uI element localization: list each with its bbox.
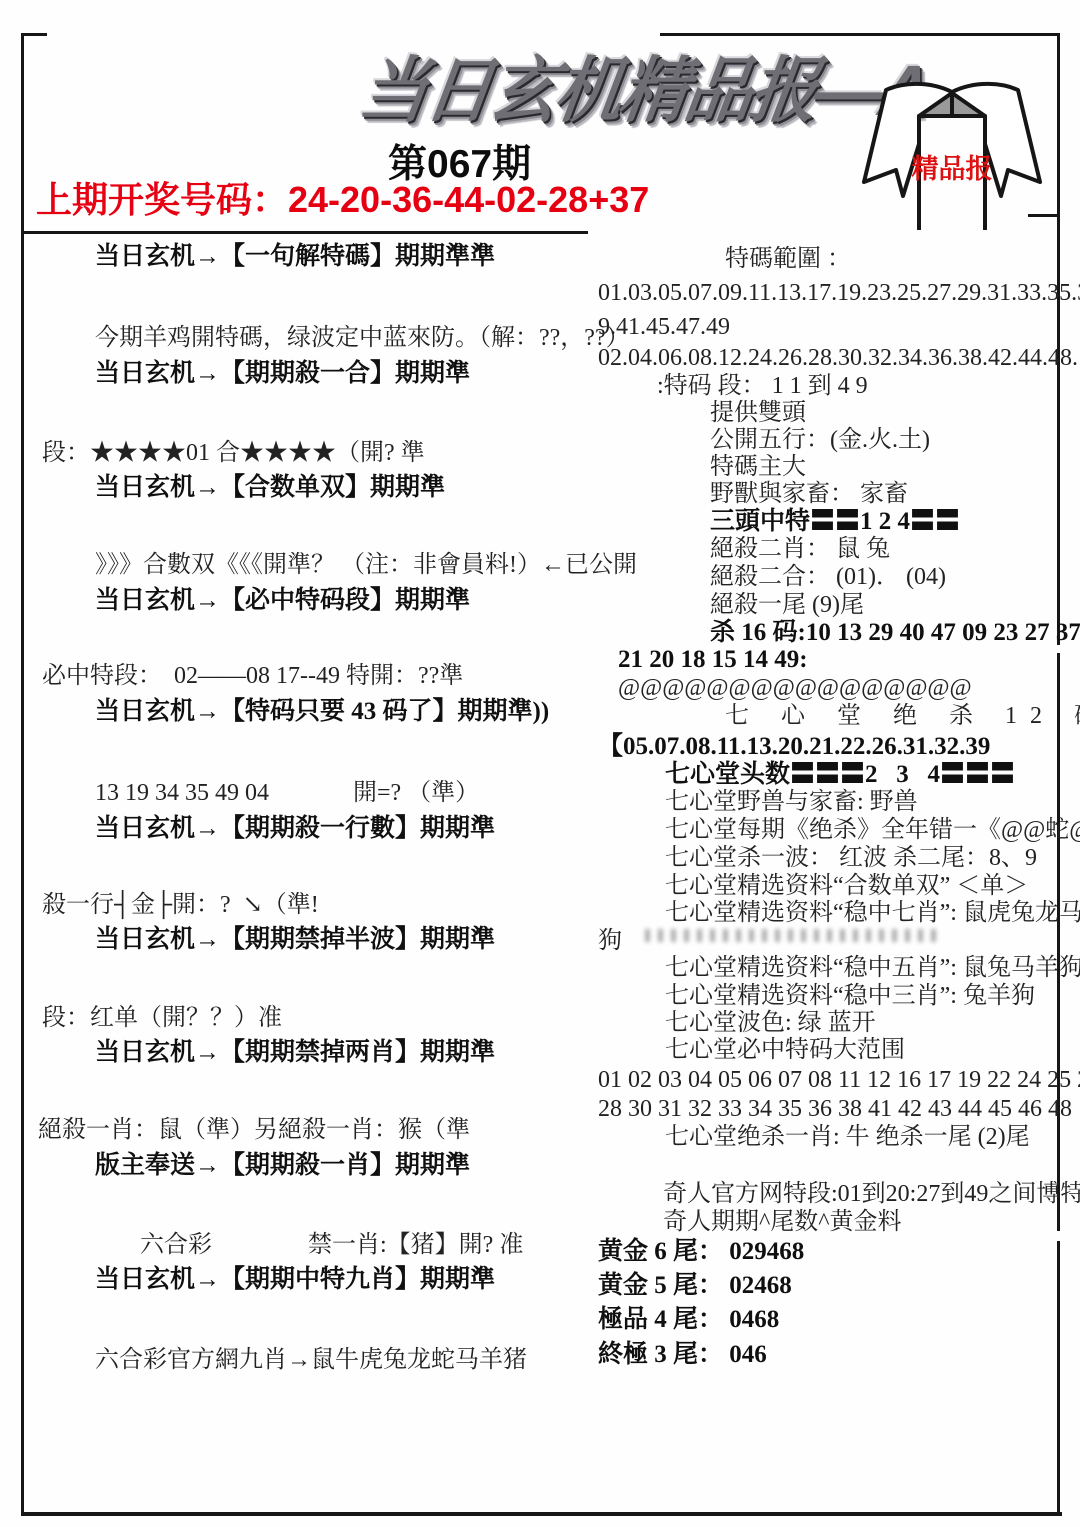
right-col-line: 絕殺二肖： 鼠 兔 (710, 536, 890, 562)
left-col-line: 段：红单（開？？）准 (42, 1005, 282, 1031)
badge-label: 精品报 (912, 153, 993, 184)
right-col-line: 七心堂必中特码大范围 (665, 1037, 905, 1063)
right-col-line: 七心堂精选资料“稳中七肖”: 鼠虎兔龙马羊 (665, 900, 1080, 926)
left-col-line: 当日玄机→【期期禁掉两肖】期期準 (95, 1039, 495, 1067)
smudged-redacted-text (645, 929, 937, 942)
header-separator (21, 231, 588, 234)
left-col-line: 13 19 34 35 49 04 開=? （準） (95, 780, 479, 806)
right-col-line: :特码 段： 1 1 到 4 9 (657, 373, 868, 399)
left-col-line: 必中特段： 02——08 17--49 特開：??準 (42, 663, 463, 689)
border-right-segment-1 (1057, 33, 1060, 645)
page-title: 当日玄机精品报—A (354, 34, 934, 136)
right-col-line: 01 02 03 04 05 06 07 08 11 12 16 17 19 2… (598, 1067, 1080, 1093)
last-draw-numbers: 上期开奖号码：24-20-36-44-02-28+37 (36, 172, 649, 223)
left-col-line: 当日玄机→【合数单双】期期準 (95, 474, 445, 502)
left-col-line: 当日玄机→【特码只要 43 码了】期期準)) (95, 698, 549, 726)
right-col-line: 三頭中特〓〓1 2 4〓〓 (710, 508, 960, 536)
left-col-line: 版主奉送→【期期殺一肖】期期準 (95, 1152, 470, 1180)
right-col-line: 21 20 18 15 14 49: (618, 646, 808, 674)
right-col-line: 02.04.06.08.12.24.26.28.30.32.34.36.38.4… (598, 345, 1078, 371)
right-col-line: 七心堂每期《绝杀》全年错一《@@蛇@@》 (665, 817, 1080, 843)
right-col-line: 七心堂杀一波： 红波 杀二尾：8、9 (665, 845, 1037, 871)
left-col-line: 六合彩官方網九肖→鼠牛虎兔龙蛇马羊猪 (95, 1347, 527, 1373)
right-col-line: 奇人期期^尾数^黄金料 (663, 1209, 902, 1235)
left-col-line: 当日玄机→【必中特码段】期期準 (95, 587, 470, 615)
right-col-line: 七心堂绝杀一肖: 牛 绝杀一尾 (2)尾 (665, 1124, 1030, 1150)
border-top-left-tick (21, 33, 47, 36)
right-col-line: 28 30 31 32 33 34 35 36 38 41 42 43 44 4… (598, 1096, 1072, 1122)
right-col-line: 【05.07.08.11.13.20.21.22.26.31.32.39 (598, 733, 990, 761)
right-col-line: @@@@@@@@@@@@@@@@ (618, 675, 972, 701)
border-bottom (21, 1512, 1062, 1516)
ribbon-banner-icon: 精品报 (856, 56, 1048, 238)
right-col-line: 奇人官方网特段:01到20:27到49之间博特！! (663, 1181, 1080, 1207)
right-col-line: 七心堂头数〓〓〓2 3 4〓〓〓 (665, 761, 1015, 789)
right-col-line: 杀 16 码:10 13 29 40 47 09 23 27 37 39 (710, 619, 1080, 647)
left-col-line: 段：★★★★01 合★★★★（開? 準 (42, 440, 425, 466)
right-col-line: 特碼主大 (710, 454, 806, 480)
left-col-line: 当日玄机→【期期殺一行數】期期準 (95, 815, 495, 843)
right-col-line: 提供雙頭 (710, 400, 806, 426)
right-col-line: 01.03.05.07.09.11.13.17.19.23.25.27.29.3… (598, 280, 1080, 306)
right-col-line: 黄金 6 尾： 029468 (598, 1238, 804, 1266)
right-col-line: 七心堂精选资料“合数单双” ＜单＞ (665, 873, 1028, 899)
left-col-line: 当日玄机→【一句解特碼】期期準準 (95, 243, 495, 271)
left-col-line: 六合彩 禁一肖:【猪】開? 准 (140, 1232, 523, 1258)
right-col-line: 狗 (598, 928, 622, 954)
right-col-line: 七心堂精选资料“稳中五肖”: 鼠兔马羊狗 (665, 955, 1080, 981)
left-col-line: 当日玄机→【期期殺一合】期期準 (95, 360, 470, 388)
left-col-line: 当日玄机→【期期中特九肖】期期準 (95, 1266, 495, 1294)
border-left (21, 33, 24, 1515)
right-col-line: 七心堂波色: 绿 蓝开 (665, 1010, 876, 1036)
right-col-line: 公開五行：(金.火.土) (710, 427, 930, 453)
left-col-line: 殺一行┤金├開：? ↘（準! (42, 892, 319, 918)
scanned-report-page: 当日玄机精品报—A 第067期 上期开奖号码：24-20-36-44-02-28… (0, 0, 1080, 1527)
right-col-line: 野獸與家畜： 家畜 (710, 481, 908, 507)
right-col-line: 七心堂精选资料“稳中三肖”: 兔羊狗 (665, 983, 1035, 1009)
left-col-line: 当日玄机→【期期禁掉半波】期期準 (95, 926, 495, 954)
left-col-line: 絕殺一肖：鼠（準）另絕殺一肖：猴（準 (38, 1117, 470, 1143)
right-col-line: 絕殺一尾 (9)尾 (710, 592, 864, 618)
left-col-line: 》》》合數双《《《開準？ （注：非會員料!）←已公開 (95, 552, 637, 578)
border-right-segment-2 (1057, 653, 1060, 1231)
right-col-line: 特碼範圍 ： (725, 246, 851, 272)
right-col-line: 七心堂野兽与家畜: 野兽 (665, 789, 918, 815)
right-col-line: 終極 3 尾： 046 (598, 1341, 767, 1369)
right-col-line: 極品 4 尾： 0468 (598, 1306, 779, 1334)
border-right-segment-3 (1057, 1241, 1060, 1513)
right-col-line: 9.41.45.47.49 (598, 314, 730, 340)
left-col-line: 今期羊鸡開特碼，绿波定中蓝來防。（解：??，??） (95, 325, 630, 351)
right-col-line: 七 心 堂 绝 杀 12 码 (725, 703, 1080, 729)
right-col-line: 絕殺二合： (01)． (04) (710, 564, 946, 590)
right-col-line: 黄金 5 尾： 02468 (598, 1272, 792, 1300)
